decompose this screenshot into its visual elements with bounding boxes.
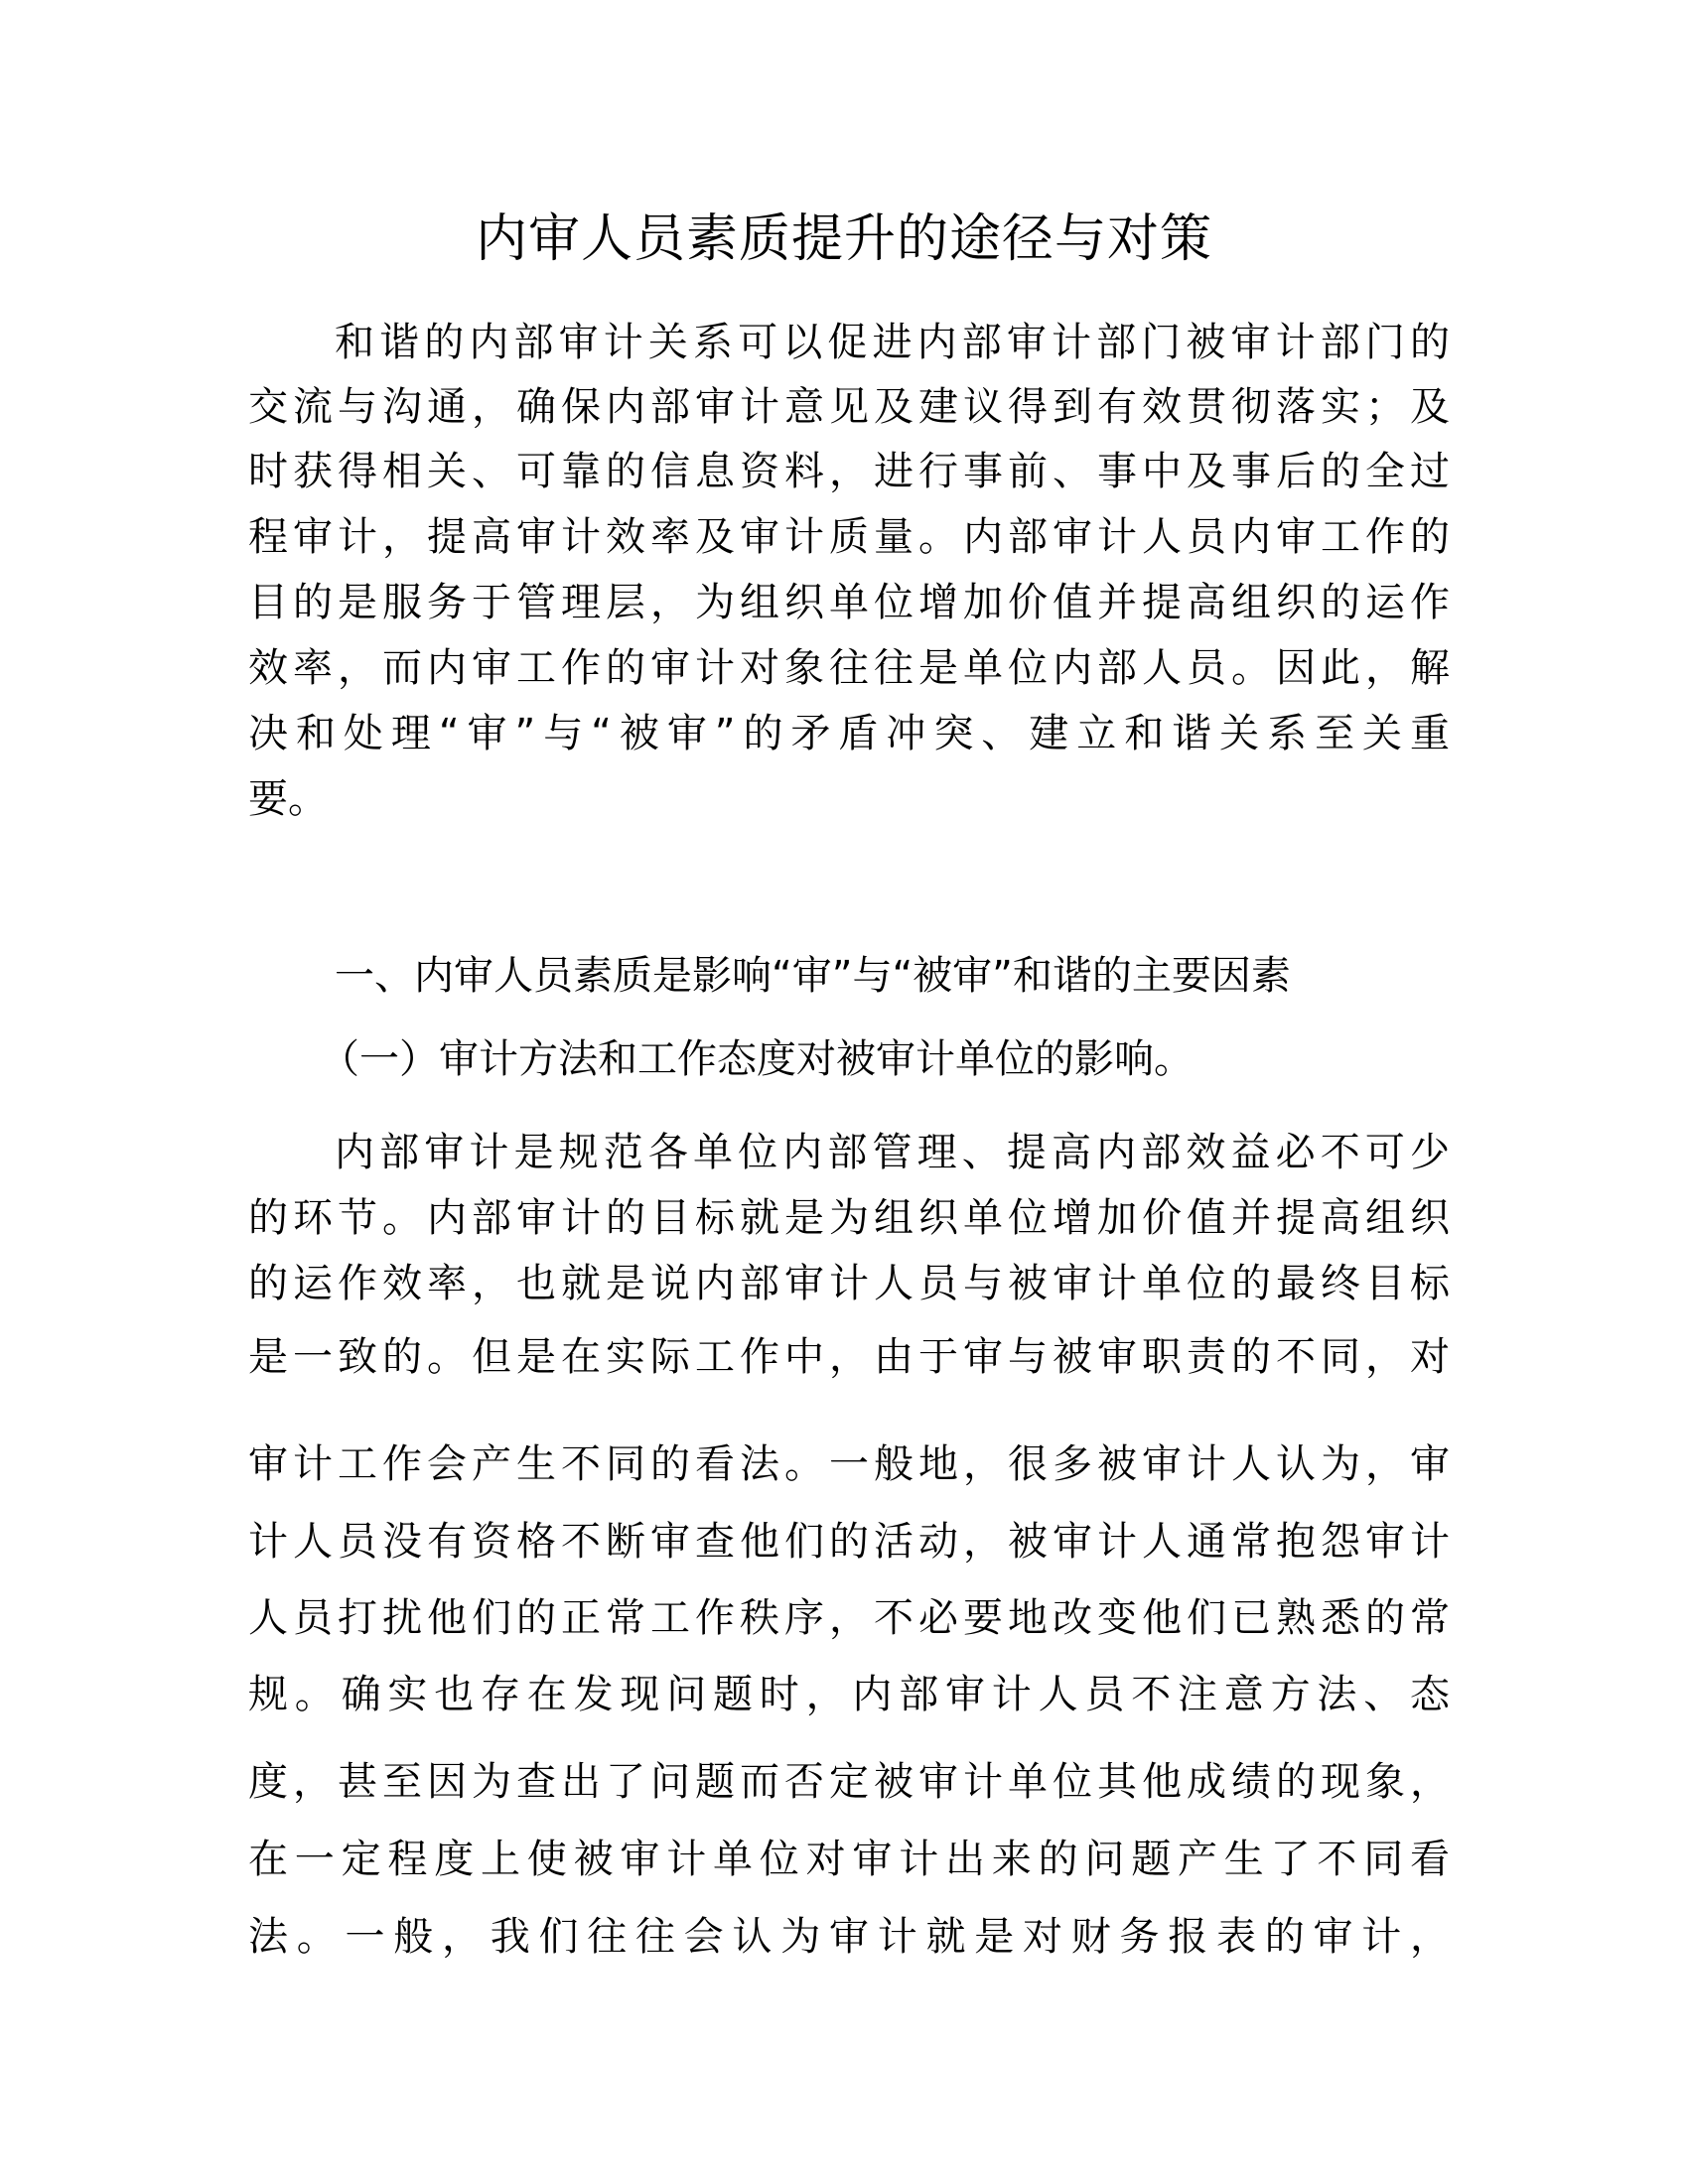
paragraph-2-line-5: 审计工作会产生不同的看法。一般地，很多被审计人认为，审 [248, 1432, 1450, 1497]
paragraph-2-line-8: 规。确实也存在发现问题时，内部审计人员不注意方法、态 [248, 1662, 1450, 1727]
paragraph-1-line-6: 效率，而内审工作的审计对象往往是单位内部人员。因此，解 [248, 635, 1450, 701]
paragraph-2-line-3: 的运作效率，也就是说内部审计人员与被审计单位的最终目标 [248, 1251, 1450, 1316]
paragraph-2-line-1: 内部审计是规范各单位内部管理、提高内部效益必不可少 [335, 1120, 1450, 1185]
paragraph-1-line-1: 和谐的内部审计关系可以促进内部审计部门被审计部门的 [335, 310, 1450, 375]
document-title: 内审人员素质提升的途径与对策 [0, 205, 1688, 274]
paragraph-1-line-3: 时获得相关、可靠的信息资料，进行事前、事中及事后的全过 [248, 439, 1450, 504]
paragraph-2-line-11: 法。一般，我们往往会认为审计就是对财务报表的审计， [248, 1904, 1450, 1970]
paragraph-2-line-6: 计人员没有资格不断审查他们的活动，被审计人通常抱怨审计 [248, 1509, 1450, 1574]
paragraph-2-line-4: 是一致的。但是在实际工作中，由于审与被审职责的不同，对 [248, 1324, 1450, 1390]
subsection-heading: （一）审计方法和工作态度对被审计单位的影响。 [320, 1026, 1194, 1092]
paragraph-2-line-9: 度，甚至因为查出了问题而否定被审计单位其他成绩的现象， [248, 1749, 1450, 1815]
document-page: 内审人员素质提升的途径与对策 和谐的内部审计关系可以促进内部审计部门被审计部门的… [0, 0, 1688, 2184]
paragraph-1-line-4: 程审计，提高审计效率及审计质量。内部审计人员内审工作的 [248, 504, 1450, 570]
section-heading: 一、内审人员素质是影响“审”与“被审”和谐的主要因素 [335, 943, 1291, 1009]
paragraph-1-line-8: 要。 [248, 766, 1450, 832]
paragraph-2-line-7: 人员打扰他们的正常工作秩序，不必要地改变他们已熟悉的常 [248, 1585, 1450, 1651]
paragraph-2-line-10: 在一定程度上使被审计单位对审计出来的问题产生了不同看 [248, 1827, 1450, 1892]
paragraph-1-line-2: 交流与沟通，确保内部审计意见及建议得到有效贯彻落实；及 [248, 374, 1450, 440]
paragraph-1-line-5: 目的是服务于管理层，为组织单位增加价值并提高组织的运作 [248, 570, 1450, 635]
paragraph-1-line-7: 决和处理“审”与“被审”的矛盾冲突、建立和谐关系至关重 [248, 701, 1450, 766]
paragraph-2-line-2: 的环节。内部审计的目标就是为组织单位增加价值并提高组织 [248, 1185, 1450, 1251]
